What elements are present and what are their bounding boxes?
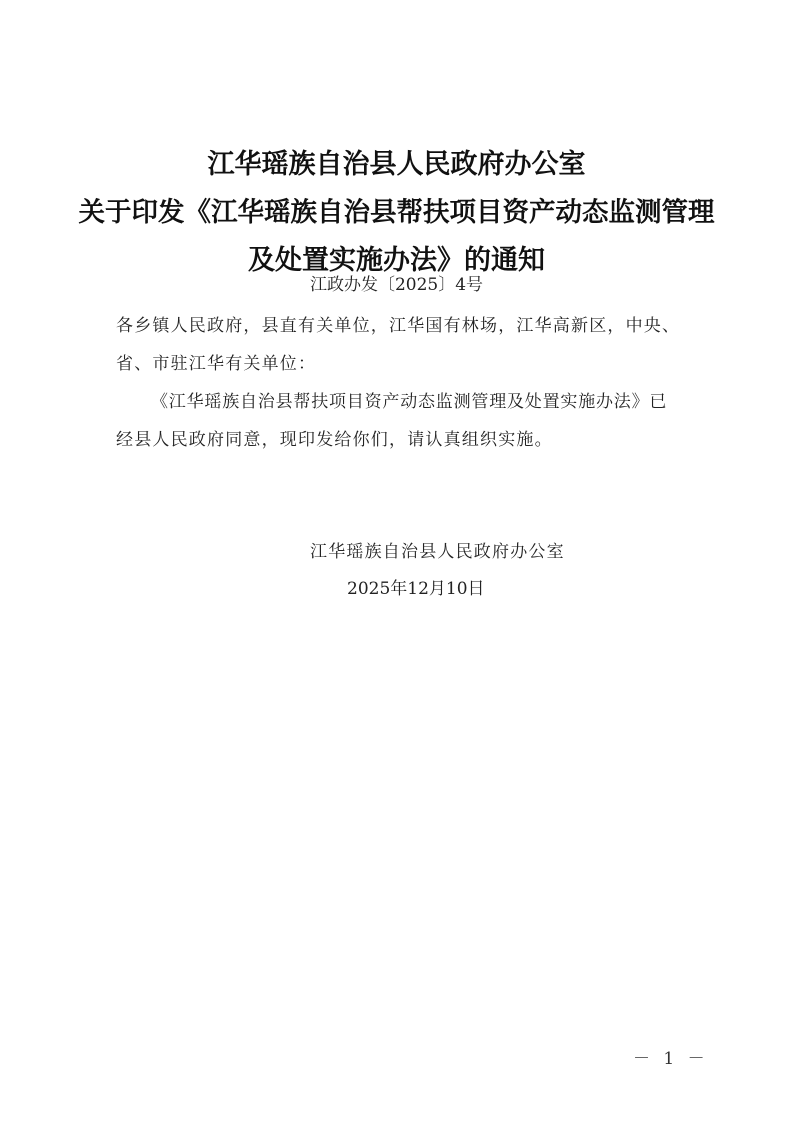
title-line-1: 江华瑶族自治县人民政府办公室	[0, 142, 793, 181]
signature-date: 2025年12月10日	[347, 574, 485, 599]
body-line-2: 经县人民政府同意，现印发给你们，请认真组织实施。	[116, 425, 553, 450]
page-number: － 1 －	[633, 1044, 709, 1069]
addressee-line-2: 省、市驻江华有关单位：	[116, 349, 316, 374]
document-number: 江政办发〔2025〕4号	[0, 270, 793, 295]
body-line-1: 《江华瑶族自治县帮扶项目资产动态监测管理及处置实施办法》已	[151, 387, 667, 412]
signature-organization: 江华瑶族自治县人民政府办公室	[310, 537, 565, 562]
title-line-2: 关于印发《江华瑶族自治县帮扶项目资产动态监测管理	[0, 190, 793, 229]
addressee-line-1: 各乡镇人民政府，县直有关单位，江华国有林场，江华高新区，中央、	[116, 311, 680, 336]
